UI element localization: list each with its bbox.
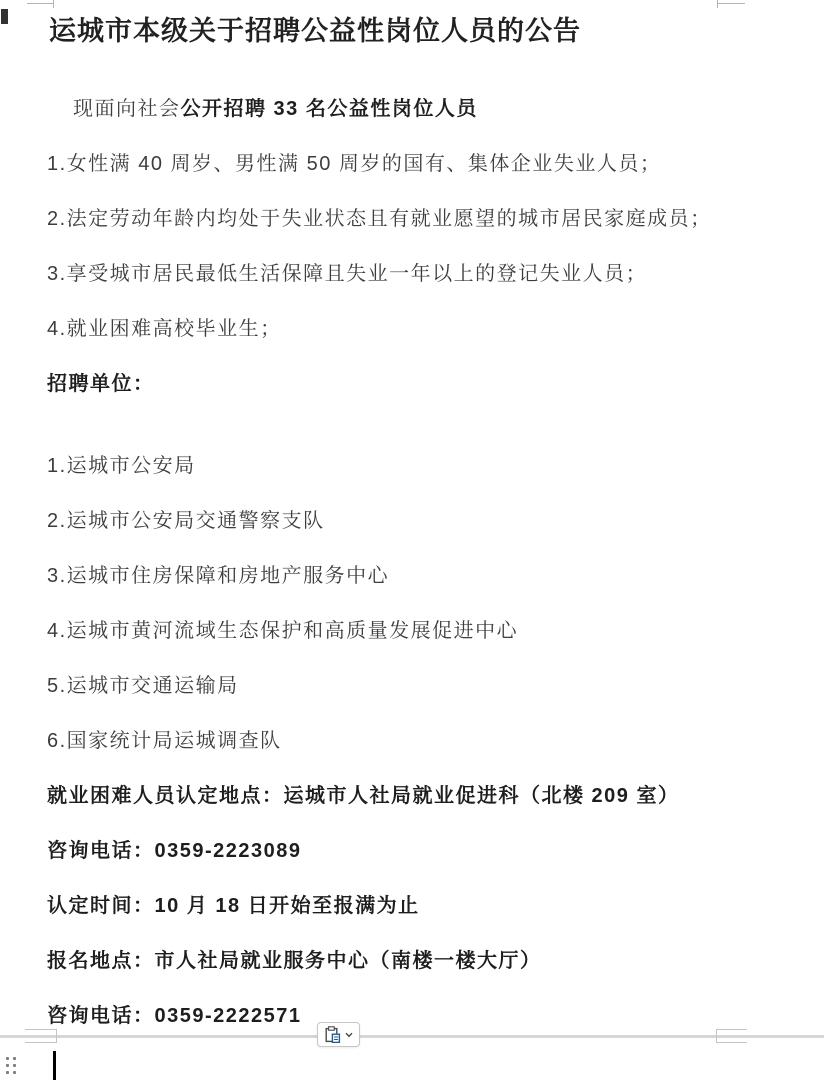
page-boundary-line	[0, 1035, 824, 1038]
word-document-view: 运城市本级关于招聘公益性岗位人员的公告 现面向社会公开招聘 33 名公益性岗位人…	[0, 0, 824, 1080]
footer-line[interactable]: 就业困难人员认定地点：运城市人社局就业促进科（北楼 209 室）	[47, 784, 795, 808]
condition-item[interactable]: 1.女性满 40 周岁、男性满 50 周岁的国有、集体企业失业人员；	[47, 152, 795, 176]
doc-title[interactable]: 运城市本级关于招聘公益性岗位人员的公告	[49, 14, 795, 48]
employer-item[interactable]: 6.国家统计局运城调查队	[47, 729, 795, 753]
drag-handle-dot	[6, 1064, 9, 1067]
boundary-bracket-left	[25, 1029, 57, 1043]
drag-handle-dot	[13, 1071, 16, 1074]
footer-line[interactable]: 咨询电话：0359-2222571	[47, 1004, 795, 1028]
intro-emphasis: 公开招聘 33 名公益性岗位人员	[181, 98, 478, 120]
drag-handle-dot	[13, 1064, 16, 1067]
boundary-bracket-right	[716, 1029, 747, 1043]
employer-item[interactable]: 5.运城市交通运输局	[47, 674, 795, 698]
footer-line[interactable]: 咨询电话：0359-2223089	[47, 839, 795, 863]
condition-item[interactable]: 3.享受城市居民最低生活保障且失业一年以上的登记失业人员；	[47, 262, 795, 286]
drag-handle-dot	[13, 1057, 16, 1060]
drag-handle-dot	[6, 1057, 9, 1060]
employer-item[interactable]: 3.运城市住房保障和房地产服务中心	[47, 564, 795, 588]
intro-paragraph[interactable]: 现面向社会公开招聘 33 名公益性岗位人员	[47, 97, 795, 121]
drag-handle-dot	[6, 1071, 9, 1074]
employer-item[interactable]: 1.运城市公安局	[47, 454, 795, 478]
chevron-down-icon	[345, 1032, 353, 1038]
condition-item[interactable]: 4.就业困难高校毕业生；	[47, 317, 795, 341]
drag-handle[interactable]	[6, 1057, 19, 1076]
clipboard-paste-icon	[325, 1026, 341, 1043]
footer-line[interactable]: 报名地点：市人社局就业服务中心（南楼一楼大厅）	[47, 949, 795, 973]
employer-item[interactable]: 4.运城市黄河流域生态保护和高质量发展促进中心	[47, 619, 795, 643]
text-caret	[53, 1051, 56, 1080]
condition-item[interactable]: 2.法定劳动年龄内均处于失业状态且有就业愿望的城市居民家庭成员；	[47, 207, 795, 231]
employers-heading[interactable]: 招聘单位：	[47, 372, 795, 396]
intro-text: 现面向社会	[73, 98, 181, 120]
screen-edge-artifact	[1, 9, 8, 24]
footer-line[interactable]: 认定时间：10 月 18 日开始至报满为止	[47, 894, 795, 918]
paste-options-button[interactable]	[317, 1022, 360, 1047]
employer-item[interactable]: 2.运城市公安局交通警察支队	[47, 509, 795, 533]
document-content: 运城市本级关于招聘公益性岗位人员的公告 现面向社会公开招聘 33 名公益性岗位人…	[47, 0, 795, 1028]
